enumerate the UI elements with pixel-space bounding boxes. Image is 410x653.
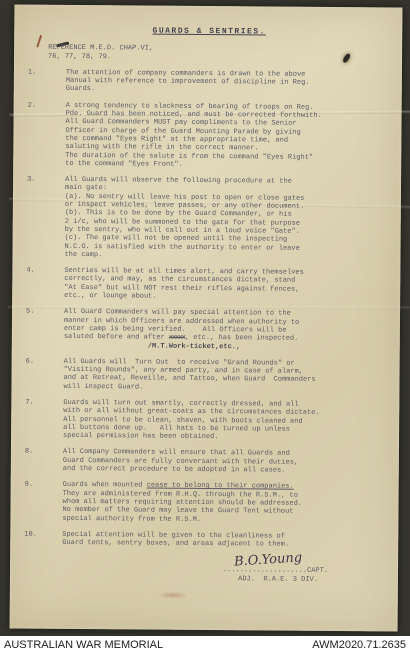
page-title: GUARDS & SENTRIES. xyxy=(152,27,265,37)
item-text: The attention of company commanders is d… xyxy=(66,69,310,96)
item-number: 10. xyxy=(24,530,62,547)
item-number: 5. xyxy=(26,308,64,350)
list-item: 9. Guards when mounted cease to belong t… xyxy=(58,481,380,525)
list-item: 1. The attention of company commanders i… xyxy=(62,69,384,96)
photo-area: GUARDS & SENTRIES. REFERENCE M.E.D. CHAP… xyxy=(0,0,410,636)
list-item: 2. A strong tendency to slackness of bea… xyxy=(61,102,384,171)
reference-line: REFERENCE M.E.D. CHAP.VI, 76, 77, 78, 79… xyxy=(48,44,384,63)
title-row: GUARDS & SENTRIES. xyxy=(62,27,356,38)
item-text: Guards will turn out smartly, correctly … xyxy=(63,399,320,442)
document-page: GUARDS & SENTRIES. REFERENCE M.E.D. CHAP… xyxy=(10,4,403,631)
item-text: All Guard Commanders will pay special at… xyxy=(64,308,300,351)
list-item: 6. All Guards will Turn Out to receive "… xyxy=(59,358,381,394)
item-number: 9. xyxy=(24,481,62,523)
item-number: 6. xyxy=(25,357,63,390)
item-number: 8. xyxy=(25,448,63,473)
item-number: 4. xyxy=(26,267,64,300)
archive-caption-bar: AUSTRALIAN WAR MEMORIAL AWM2020.71.2635 xyxy=(0,636,410,653)
signature-role-line: ADJ. R.A.E. 3 DIV. xyxy=(58,574,328,584)
handwritten-signature: B.O.Young xyxy=(234,555,302,567)
list-item: 5. All Guard Commanders will pay special… xyxy=(60,308,382,352)
item-number: 7. xyxy=(25,399,63,441)
institution-label: AUSTRALIAN WAR MEMORIAL xyxy=(4,639,163,651)
item-number: 2. xyxy=(27,101,66,168)
typewritten-content: GUARDS & SENTRIES. REFERENCE M.E.D. CHAP… xyxy=(10,4,403,631)
item-text-part: , etc., has been inspected. xyxy=(185,334,298,343)
accession-number: AWM2020.71.2635 xyxy=(312,639,406,651)
item-text-part: Guards when mounted xyxy=(63,481,147,490)
signature-block: B.O.Young ....................CAPT. ADJ.… xyxy=(58,555,380,584)
item-text: A strong tendency to slackness of bearin… xyxy=(65,102,322,170)
list-item: 8. All Company Commanders will ensure th… xyxy=(59,448,381,475)
item-number: 1. xyxy=(28,68,66,93)
screenshot-frame: GUARDS & SENTRIES. REFERENCE M.E.D. CHAP… xyxy=(0,0,410,653)
item-number: 3. xyxy=(26,176,65,259)
list-item: 3. All Guards will observe the following… xyxy=(60,176,383,261)
item-text: All Company Commanders will ensure that … xyxy=(63,448,298,475)
list-item: 10. Special attention will be given to t… xyxy=(58,531,380,550)
item-text: Guards when mounted cease to belong to t… xyxy=(62,481,302,524)
item-text: Special attention will be given to the c… xyxy=(62,531,289,549)
typed-insertion: /M.T.Work-ticket,etc., xyxy=(64,341,240,350)
item-text: All Guards will observe the following pr… xyxy=(64,176,304,261)
list-item: 4. Sentries will be at all times alert, … xyxy=(60,267,382,303)
item-text: All Guards will Turn Out to receive "Gra… xyxy=(63,358,315,393)
list-item: 7. Guards will turn out smartly, correct… xyxy=(59,399,381,443)
struck-out-word: xxxxx xyxy=(169,334,185,342)
item-text: Sentries will be at all times alert, and… xyxy=(64,267,304,302)
